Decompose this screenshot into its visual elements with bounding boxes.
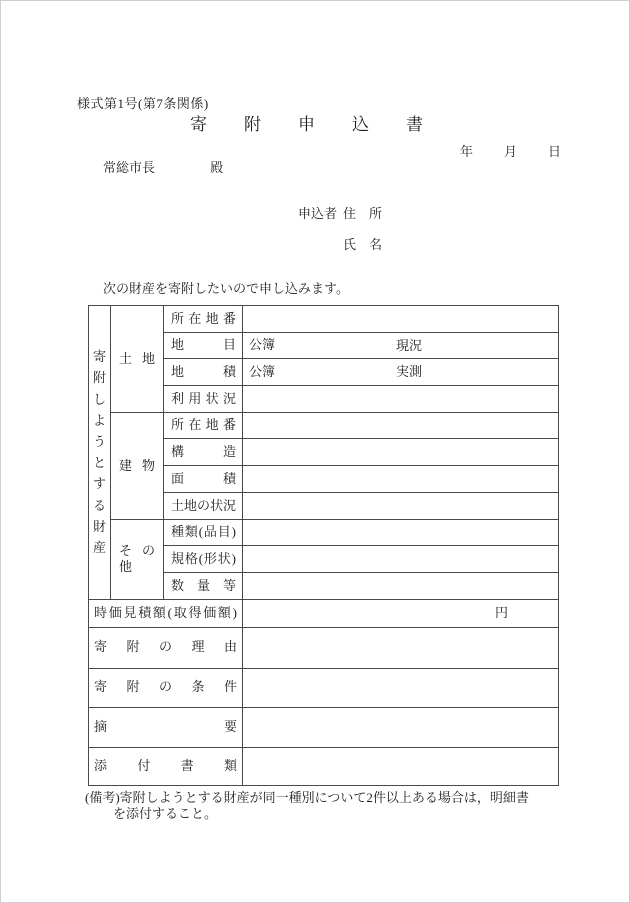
land-area-measured-label: 実測 <box>396 364 422 380</box>
reason-value-cell <box>243 627 559 668</box>
table-row: 寄附しようとする財産 土地 所在地番 <box>89 306 559 333</box>
condition-label: 寄附の条件 <box>89 668 243 707</box>
reason-label: 寄附の理由 <box>89 627 243 668</box>
remarks-note-line1: (備考)寄附しようとする財産が同一種別について2件以上ある場合は，明細書 <box>85 790 565 806</box>
other-quantity-value-cell <box>243 572 559 599</box>
summary-label: 摘要 <box>89 707 243 747</box>
table-row: その他 種類(品目) <box>89 519 559 546</box>
building-land-condition-label: 土地の状況 <box>164 492 243 519</box>
date-month-label: 月 <box>504 144 517 160</box>
attachments-value-cell <box>243 747 559 785</box>
table-row: 摘要 <box>89 707 559 747</box>
table-row: 添付書類 <box>89 747 559 785</box>
property-group-label: 寄附しようとする財産 <box>93 346 107 558</box>
building-area-value-cell <box>243 466 559 493</box>
table-row: 時価見積額(取得価額) 円 <box>89 599 559 627</box>
remarks-note: (備考)寄附しようとする財産が同一種別について2件以上ある場合は，明細書 を添付… <box>85 790 565 821</box>
land-category-register-label: 公簿 <box>249 337 275 352</box>
land-usage-label: 利用状況 <box>164 386 243 413</box>
other-spec-value-cell <box>243 546 559 573</box>
applicant-fields: 住 所 氏 名 <box>343 206 382 254</box>
land-category-value-cell: 公簿 現況 <box>243 332 559 359</box>
building-structure-value-cell <box>243 439 559 466</box>
building-location-label: 所在地番 <box>164 412 243 439</box>
land-area-label: 地積 <box>164 359 243 386</box>
land-area-register-label: 公簿 <box>249 364 275 379</box>
applicant-block: 申込者 住 所 氏 名 <box>298 206 382 254</box>
form-number: 様式第1号(第7条関係) <box>77 96 209 112</box>
building-location-value-cell <box>243 412 559 439</box>
table-row: 寄附の理由 <box>89 627 559 668</box>
date-line: 年 月 日 <box>460 144 561 160</box>
intro-sentence: 次の財産を寄附したいので申し込みます。 <box>103 281 349 297</box>
addressee-line: 常総市長 殿 <box>103 160 223 176</box>
date-day-label: 日 <box>548 144 561 160</box>
applicant-label: 申込者 <box>298 206 337 254</box>
addressee-name: 常総市長 <box>103 160 155 175</box>
date-year-label: 年 <box>460 144 473 160</box>
land-location-label: 所在地番 <box>164 306 243 333</box>
other-type-value-cell <box>243 519 559 546</box>
building-section-label: 建物 <box>111 412 164 519</box>
remarks-note-line2: を添付すること。 <box>85 806 565 822</box>
building-structure-label: 構造 <box>164 439 243 466</box>
attachments-label: 添付書類 <box>89 747 243 785</box>
applicant-name-label: 氏 名 <box>343 237 382 253</box>
building-area-label: 面積 <box>164 466 243 493</box>
other-section-label: その他 <box>111 519 164 599</box>
estimate-value-cell: 円 <box>243 599 559 627</box>
other-spec-label: 規格(形状) <box>164 546 243 573</box>
applicant-address-label: 住 所 <box>343 206 382 222</box>
addressee-honorific: 殿 <box>210 160 223 175</box>
land-area-value-cell: 公簿 実測 <box>243 359 559 386</box>
donation-form-table: 寄附しようとする財産 土地 所在地番 地目 公簿 現況 地積 公簿 実測 利用状… <box>88 305 559 786</box>
land-location-value-cell <box>243 306 559 333</box>
land-usage-value-cell <box>243 386 559 413</box>
land-category-label: 地目 <box>164 332 243 359</box>
land-category-current-label: 現況 <box>396 337 422 353</box>
condition-value-cell <box>243 668 559 707</box>
property-group-cell: 寄附しようとする財産 <box>89 306 111 600</box>
table-row: 寄附の条件 <box>89 668 559 707</box>
other-quantity-label: 数量等 <box>164 572 243 599</box>
building-land-condition-value-cell <box>243 492 559 519</box>
donation-application-form-page: 様式第1号(第7条関係) 寄附申込書 年 月 日 常総市長 殿 申込者 住 所 … <box>0 0 630 903</box>
yen-unit-label: 円 <box>495 605 508 621</box>
land-section-label: 土地 <box>111 306 164 413</box>
table-row: 建物 所在地番 <box>89 412 559 439</box>
estimate-label: 時価見積額(取得価額) <box>89 599 243 627</box>
page-title: 寄附申込書 <box>190 114 460 135</box>
other-type-label: 種類(品目) <box>164 519 243 546</box>
summary-value-cell <box>243 707 559 747</box>
